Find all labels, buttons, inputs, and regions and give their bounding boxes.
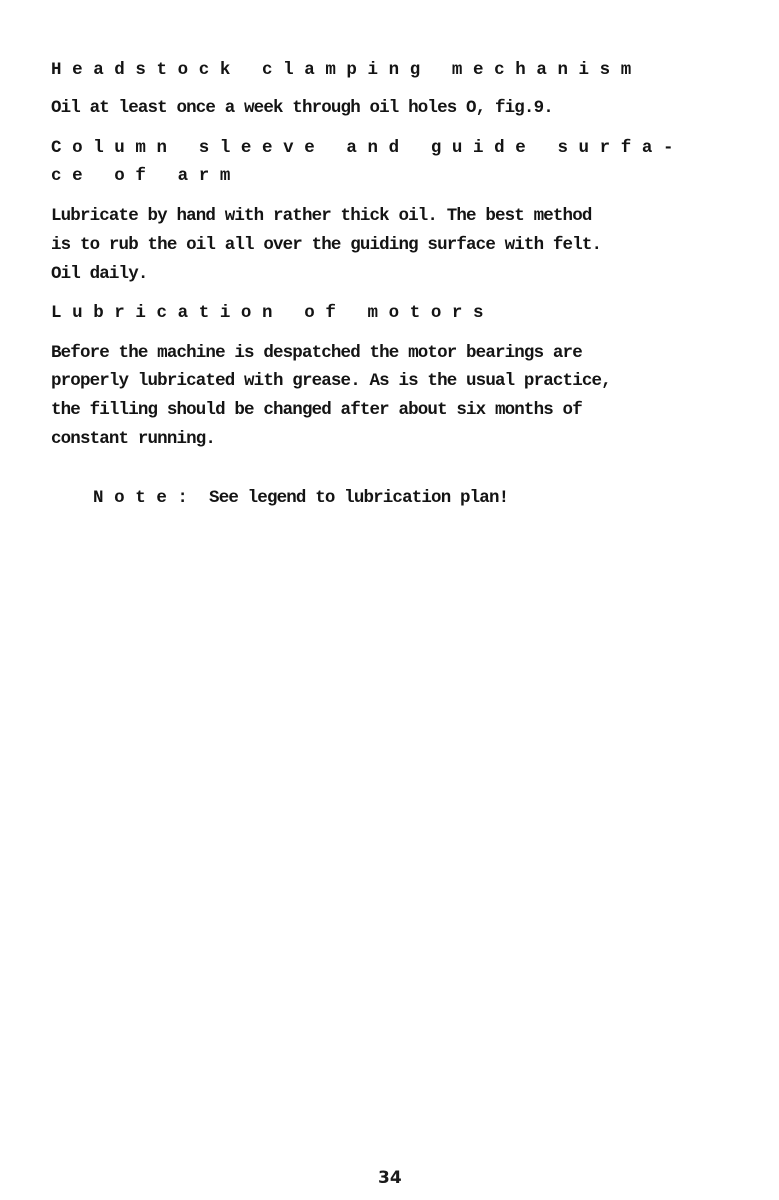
document-page: Headstock clamping mechanism Oil at leas… (0, 0, 779, 1200)
paragraph-line: Oil at least once a week through oil hol… (51, 98, 553, 118)
section-heading-motors: Lubrication of motors (51, 303, 494, 323)
page-number: 34 (378, 1168, 402, 1188)
paragraph-line: constant running. (51, 429, 215, 449)
note: Note: See legend to lubrication plan! (51, 468, 508, 528)
paragraph-line: Oil daily. (51, 264, 148, 284)
paragraph-line: the filling should be changed after abou… (51, 400, 582, 420)
section-heading-column-sleeve-cont: ce of arm (51, 166, 241, 186)
section-heading-column-sleeve: Column sleeve and guide surfa- (51, 138, 684, 158)
note-label: Note: (93, 488, 199, 508)
section-heading-headstock: Headstock clamping mechanism (51, 60, 642, 80)
paragraph-line: is to rub the oil all over the guiding s… (51, 235, 601, 255)
paragraph-line: Before the machine is despatched the mot… (51, 343, 582, 363)
note-text: See legend to lubrication plan! (209, 488, 508, 508)
paragraph-line: Lubricate by hand with rather thick oil.… (51, 206, 592, 226)
paragraph-line: properly lubricated with grease. As is t… (51, 371, 611, 391)
